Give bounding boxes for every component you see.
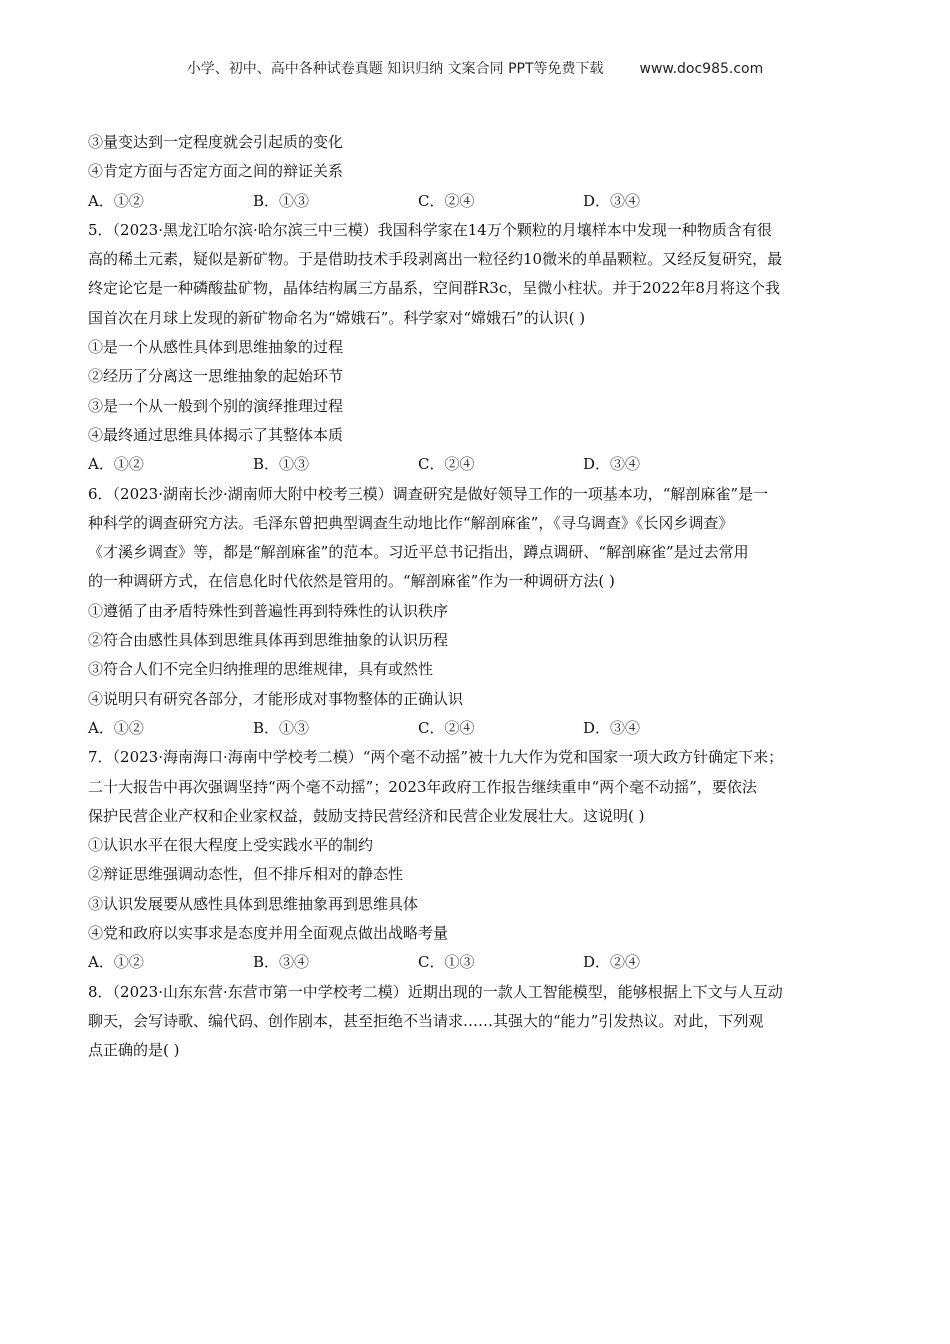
- statement: ④肯定方面与否定方面之间的辩证关系: [88, 157, 868, 186]
- statement: ④最终通过思维具体揭示了其整体本质: [88, 421, 868, 450]
- option-c: C．②④: [418, 714, 583, 743]
- answer-options: A．①② B．①③ C．②④ D．③④: [88, 450, 868, 479]
- option-b: B．①③: [253, 714, 418, 743]
- option-c: C．①③: [418, 948, 583, 977]
- option-a: A．①②: [88, 450, 253, 479]
- question-8: 8．（2023·山东东营·东营市第一中学校考二模）近期出现的一款人工智能模型，能…: [88, 978, 868, 1066]
- header-url: www.doc985.com: [640, 61, 764, 77]
- option-a: A．①②: [88, 714, 253, 743]
- question-stem-line: 二十大报告中再次强调坚持“两个毫不动摇”；2023年政府工作报告继续重申“两个毫…: [88, 773, 868, 802]
- statement: ③量变达到一定程度就会引起质的变化: [88, 128, 868, 157]
- option-a: A．①②: [88, 187, 253, 216]
- question-5: 5．（2023·黑龙江哈尔滨·哈尔滨三中三模）我国科学家在14万个颗粒的月壤样本…: [88, 216, 868, 480]
- option-b: B．①③: [253, 450, 418, 479]
- option-b: B．③④: [253, 948, 418, 977]
- document-body: ③量变达到一定程度就会引起质的变化 ④肯定方面与否定方面之间的辩证关系 A．①②…: [88, 128, 868, 1066]
- statement: ③符合人们不完全归纳推理的思维规律，具有或然性: [88, 655, 868, 684]
- question-stem-line: 高的稀土元素，疑似是新矿物。于是借助技术手段剥离出一粒径约10微米的单晶颗粒。又…: [88, 245, 868, 274]
- answer-options: A．①② B．①③ C．②④ D．③④: [88, 187, 868, 216]
- option-d: D．③④: [583, 187, 748, 216]
- statement: ③是一个从一般到个别的演绎推理过程: [88, 392, 868, 421]
- question-4-tail: ③量变达到一定程度就会引起质的变化 ④肯定方面与否定方面之间的辩证关系 A．①②…: [88, 128, 868, 216]
- statement: ④党和政府以实事求是态度并用全面观点做出战略考量: [88, 919, 868, 948]
- question-stem-line: 7．（2023·海南海口·海南中学校考二模）“两个毫不动摇”被十九大作为党和国家…: [88, 743, 868, 772]
- statement: ④说明只有研究各部分，才能形成对事物整体的正确认识: [88, 685, 868, 714]
- question-stem-line: 保护民营企业产权和企业家权益，鼓励支持民营经济和民营企业发展壮大。这说明( ): [88, 802, 868, 831]
- statement: ①认识水平在很大程度上受实践水平的制约: [88, 831, 868, 860]
- question-7: 7．（2023·海南海口·海南中学校考二模）“两个毫不动摇”被十九大作为党和国家…: [88, 743, 868, 977]
- question-stem-line: 种科学的调查研究方法。毛泽东曾把典型调查生动地比作“解剖麻雀”，《寻乌调查》《长…: [88, 509, 868, 538]
- statement: ②符合由感性具体到思维具体再到思维抽象的认识历程: [88, 626, 868, 655]
- statement: ③认识发展要从感性具体到思维抽象再到思维具体: [88, 890, 868, 919]
- header-text: 小学、初中、高中各种试卷真题 知识归纳 文案合同 PPT等免费下载: [187, 61, 604, 77]
- question-stem-line: 终定论它是一种磷酸盐矿物，晶体结构属三方晶系，空间群R3c，呈微小柱状。并于20…: [88, 274, 868, 303]
- option-d: D．③④: [583, 450, 748, 479]
- question-stem-line: 5．（2023·黑龙江哈尔滨·哈尔滨三中三模）我国科学家在14万个颗粒的月壤样本…: [88, 216, 868, 245]
- question-stem-line: 6．（2023·湖南长沙·湖南师大附中校考三模）调查研究是做好领导工作的一项基本…: [88, 480, 868, 509]
- question-stem-line: 8．（2023·山东东营·东营市第一中学校考二模）近期出现的一款人工智能模型，能…: [88, 978, 868, 1007]
- question-stem-line: 《才溪乡调查》等，都是“解剖麻雀”的范本。习近平总书记指出，蹲点调研、“解剖麻雀…: [88, 538, 868, 567]
- statement: ①遵循了由矛盾特殊性到普遍性再到特殊性的认识秩序: [88, 597, 868, 626]
- question-stem-line: 国首次在月球上发现的新矿物命名为“嫦娥石”。科学家对“嫦娥石”的认识( ): [88, 304, 868, 333]
- statement: ①是一个从感性具体到思维抽象的过程: [88, 333, 868, 362]
- answer-options: A．①② B．③④ C．①③ D．②④: [88, 948, 868, 977]
- option-c: C．②④: [418, 187, 583, 216]
- option-d: D．③④: [583, 714, 748, 743]
- question-stem-line: 聊天，会写诗歌、编代码、创作剧本，甚至拒绝不当请求……其强大的“能力”引发热议。…: [88, 1007, 868, 1036]
- option-b: B．①③: [253, 187, 418, 216]
- option-a: A．①②: [88, 948, 253, 977]
- question-stem-line: 点正确的是( ): [88, 1036, 868, 1065]
- question-6: 6．（2023·湖南长沙·湖南师大附中校考三模）调查研究是做好领导工作的一项基本…: [88, 480, 868, 744]
- page-header: 小学、初中、高中各种试卷真题 知识归纳 文案合同 PPT等免费下载www.doc…: [0, 58, 950, 78]
- answer-options: A．①② B．①③ C．②④ D．③④: [88, 714, 868, 743]
- option-c: C．②④: [418, 450, 583, 479]
- question-stem-line: 的一种调研方式，在信息化时代依然是管用的。“解剖麻雀”作为一种调研方法( ): [88, 567, 868, 596]
- statement: ②经历了分离这一思维抽象的起始环节: [88, 362, 868, 391]
- statement: ②辩证思维强调动态性，但不排斥相对的静态性: [88, 860, 868, 889]
- option-d: D．②④: [583, 948, 748, 977]
